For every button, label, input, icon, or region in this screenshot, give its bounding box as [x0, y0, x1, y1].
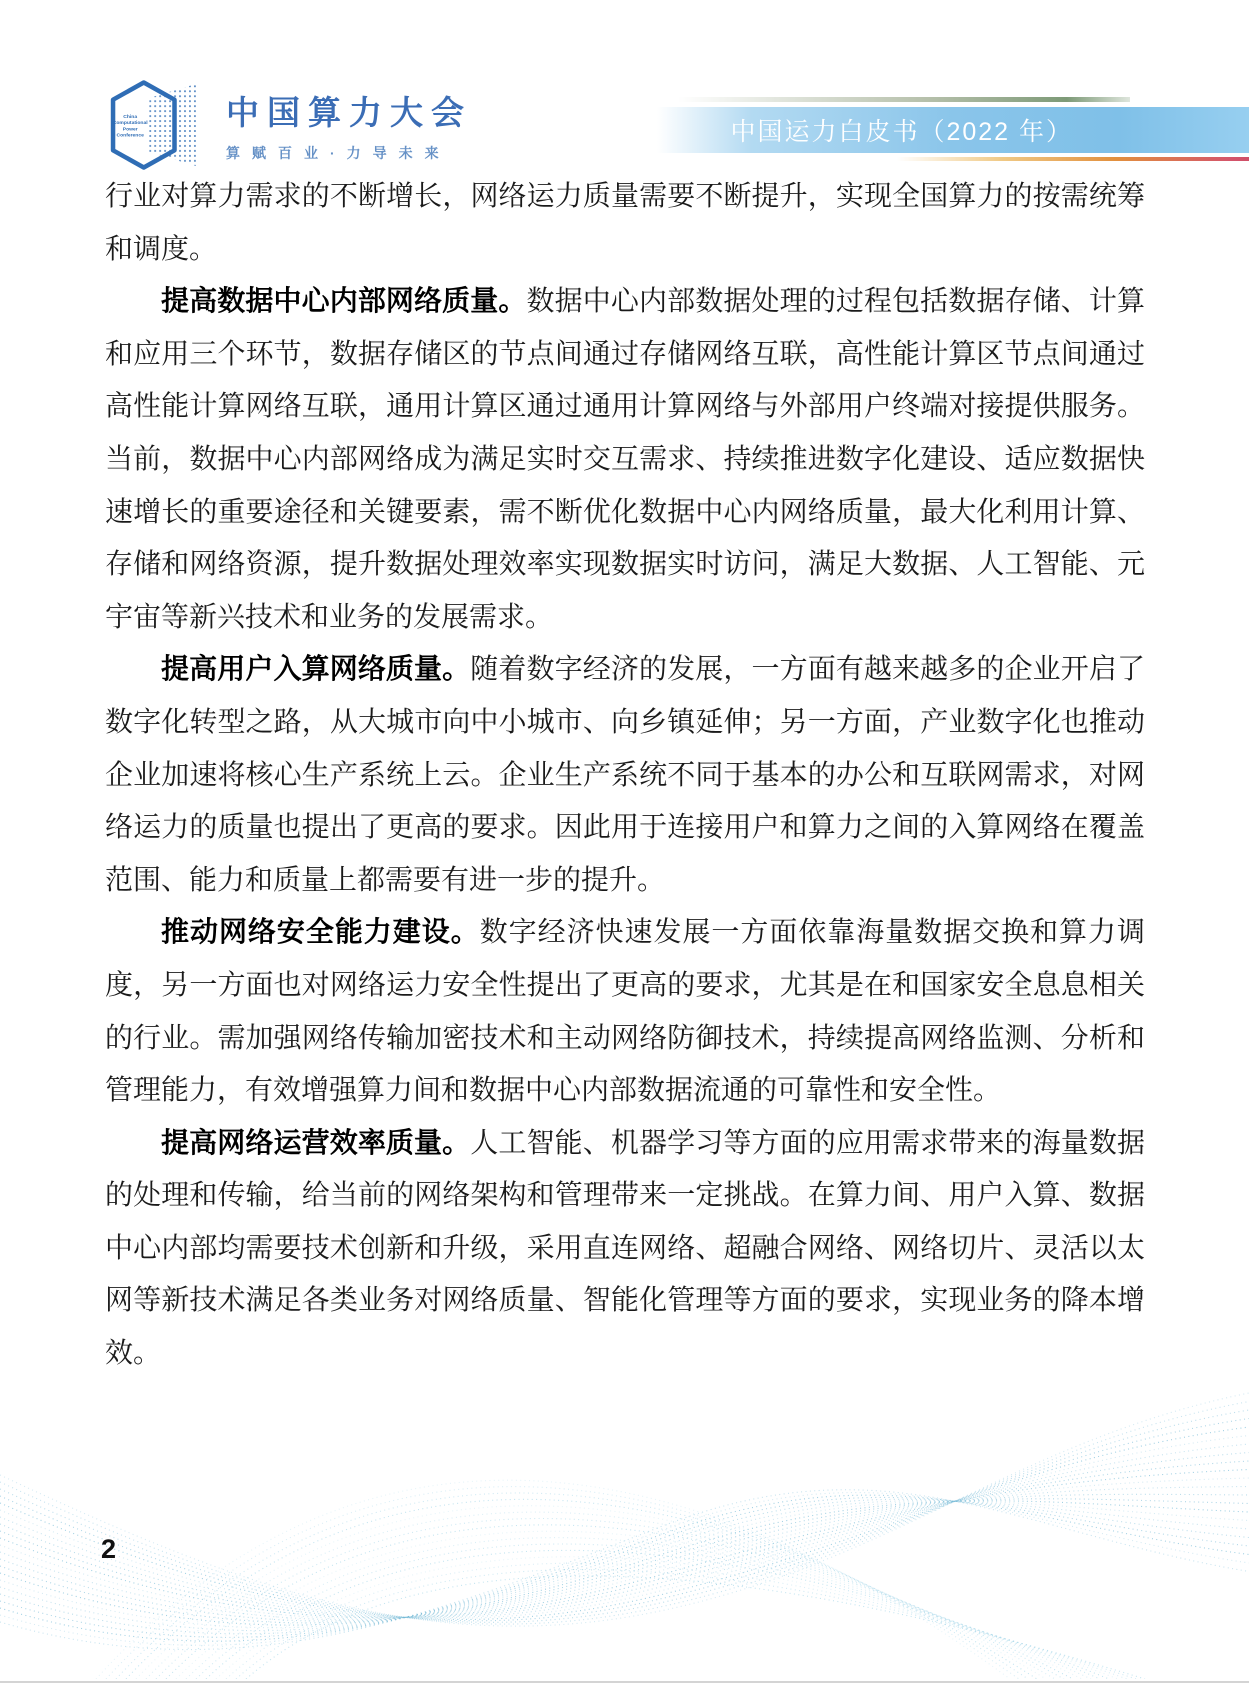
- paragraph-2-body: 数据中心内部数据处理的过程包括数据存储、计算和应用三个环节，数据存储区的节点间通…: [105, 285, 1145, 632]
- svg-text:Conference: Conference: [117, 133, 145, 139]
- paragraph-1: 行业对算力需求的不断增长，网络运力质量需要不断提升，实现全国算力的按需统筹和调度…: [105, 170, 1145, 275]
- svg-text:Computational: Computational: [113, 120, 148, 126]
- banner-top-accent-line: [678, 97, 1130, 102]
- paragraph-2-lead: 提高数据中心内部网络质量。: [161, 285, 527, 316]
- paragraph-3-body: 随着数字经济的发展，一方面有越来越多的企业开启了数字化转型之路，从大城市向中小城…: [105, 653, 1145, 894]
- svg-text:Power: Power: [123, 126, 138, 132]
- svg-text:China: China: [123, 114, 137, 120]
- wave-decoration: [0, 1387, 1249, 1679]
- banner-bottom-accent-line: [897, 157, 1249, 161]
- paragraph-1-body: 行业对算力需求的不断增长，网络运力质量需要不断提升，实现全国算力的按需统筹和调度…: [105, 180, 1145, 264]
- conference-logo-icon: China Computational Power Conference: [104, 78, 198, 172]
- logo-title: 中国算力大会: [226, 87, 472, 134]
- document-page: China Computational Power Conference 中国算…: [0, 0, 1249, 1683]
- edition-banner: 中国运力白皮书（2022 年）: [657, 107, 1249, 153]
- page-number: 2: [101, 1534, 116, 1565]
- paragraph-5-lead: 提高网络运营效率质量。: [161, 1127, 470, 1158]
- paragraph-3: 提高用户入算网络质量。随着数字经济的发展，一方面有越来越多的企业开启了数字化转型…: [105, 643, 1145, 906]
- paragraph-5: 提高网络运营效率质量。人工智能、机器学习等方面的应用需求带来的海量数据的处理和传…: [105, 1117, 1145, 1380]
- body-text: 行业对算力需求的不断增长，网络运力质量需要不断提升，实现全国算力的按需统筹和调度…: [105, 170, 1145, 1380]
- banner-title: 中国运力白皮书（2022 年）: [730, 112, 1249, 148]
- logo: China Computational Power Conference 中国算…: [104, 78, 472, 172]
- paragraph-4: 推动网络安全能力建设。数字经济快速发展一方面依靠海量数据交换和算力调度，另一方面…: [105, 906, 1145, 1116]
- paragraph-5-body: 人工智能、机器学习等方面的应用需求带来的海量数据的处理和传输，给当前的网络架构和…: [105, 1127, 1145, 1368]
- paragraph-4-lead: 推动网络安全能力建设。: [161, 916, 480, 947]
- logo-subtitle: 算赋百业·力导未来: [226, 143, 472, 163]
- logo-text: 中国算力大会 算赋百业·力导未来: [226, 87, 472, 163]
- paragraph-2: 提高数据中心内部网络质量。数据中心内部数据处理的过程包括数据存储、计算和应用三个…: [105, 275, 1145, 643]
- paragraph-3-lead: 提高用户入算网络质量。: [161, 653, 470, 684]
